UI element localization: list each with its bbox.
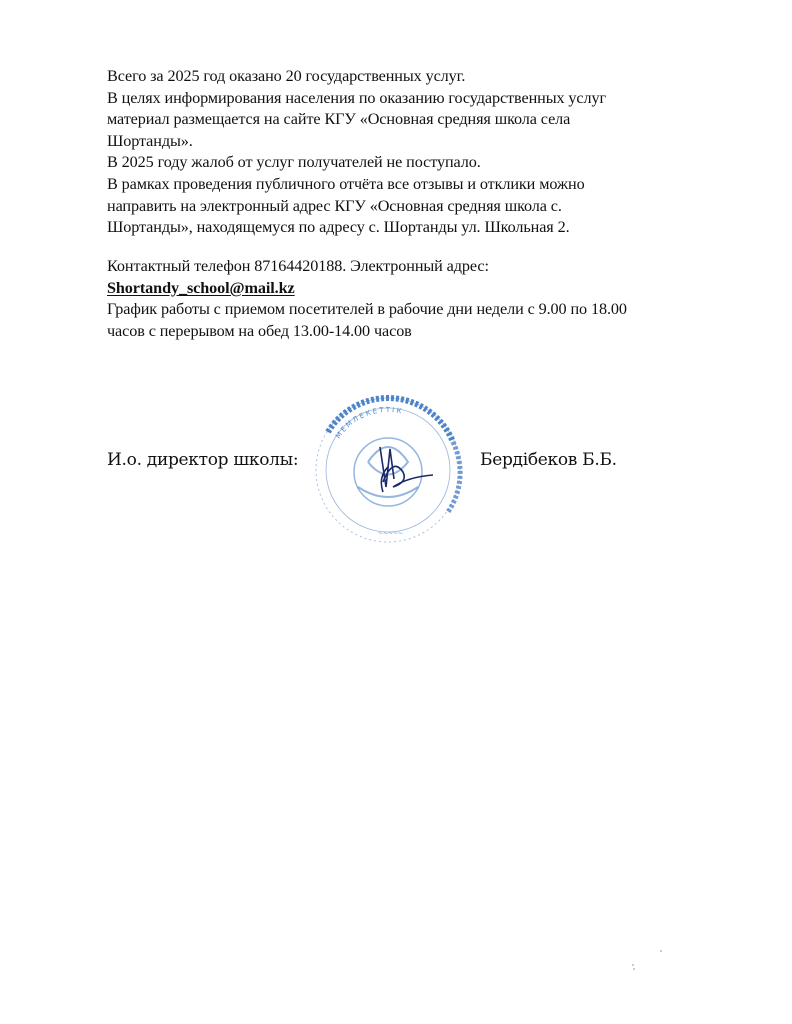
signatory-name: Бердібеков Б.Б. (480, 450, 617, 470)
report-paragraph: Всего за 2025 год оказано 20 государстве… (107, 66, 606, 239)
text-line: Шортанды», находящемуся по адресу с. Шор… (107, 217, 606, 239)
text-line: материал размещается на сайте КГУ «Основ… (107, 109, 606, 131)
text-line: В целях информирования населения по оказ… (107, 88, 606, 110)
email-link[interactable]: Shortandy_school@mail.kz (107, 279, 295, 297)
official-round-stamp-icon: МЕМЛЕКЕТТІК ~~~~~ (308, 392, 468, 544)
svg-text:~~~~~: ~~~~~ (378, 530, 403, 537)
scan-artifact (633, 968, 635, 970)
scan-artifact (660, 950, 662, 952)
text-line: В рамках проведения публичного отчёта вс… (107, 174, 606, 196)
phone-line: Контактный телефон 87164420188. Электрон… (107, 256, 627, 278)
scan-artifact (632, 964, 634, 966)
text-line: В 2025 году жалоб от услуг получателей н… (107, 152, 606, 174)
schedule-line: График работы с приемом посетителей в ра… (107, 299, 627, 321)
text-line: Шортанды». (107, 131, 606, 153)
schedule-line: часов с перерывом на обед 13.00-14.00 ча… (107, 321, 627, 343)
text-line: Всего за 2025 год оказано 20 государстве… (107, 66, 606, 88)
text-line: направить на электронный адрес КГУ «Осно… (107, 196, 606, 218)
contact-block: Контактный телефон 87164420188. Электрон… (107, 256, 627, 342)
signatory-title: И.о. директор школы: (107, 450, 298, 470)
